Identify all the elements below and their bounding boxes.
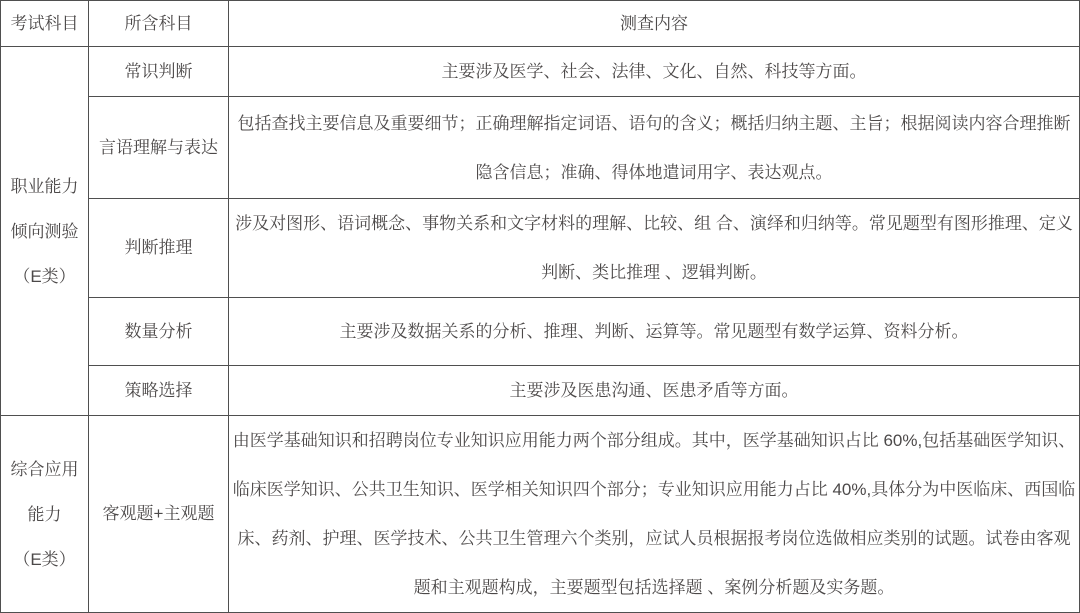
page: 考试科目 所含科目 测查内容 职业能力 倾向测验 （E类） 常识判断 主要涉及医… xyxy=(0,0,1080,606)
table-row: 综合应用 能力 （E类） 客观题+主观题 由医学基础知识和招聘岗位专业知识应用能… xyxy=(1,416,1080,613)
content-verbal-comprehension: 包括查找主要信息及重要细节；正确理解指定词语、语句的含义；概括归纳主题、主旨；根… xyxy=(229,97,1080,199)
sub-subject-common-sense: 常识判断 xyxy=(89,47,229,97)
content-strategy-selection: 主要涉及医患沟通、医患矛盾等方面。 xyxy=(229,366,1080,416)
table-row: 判断推理 涉及对图形、语词概念、事物关系和文字材料的理解、比较、组 合、演绎和归… xyxy=(1,199,1080,298)
header-row: 考试科目 所含科目 测查内容 xyxy=(1,1,1080,47)
exam-subjects-table: 考试科目 所含科目 测查内容 职业能力 倾向测验 （E类） 常识判断 主要涉及医… xyxy=(0,0,1080,613)
header-exam-subject: 考试科目 xyxy=(1,1,89,47)
subject-group-occupational-aptitude: 职业能力 倾向测验 （E类） xyxy=(1,47,89,416)
table-row: 职业能力 倾向测验 （E类） 常识判断 主要涉及医学、社会、法律、文化、自然、科… xyxy=(1,47,1080,97)
table-row: 言语理解与表达 包括查找主要信息及重要细节；正确理解指定词语、语句的含义；概括归… xyxy=(1,97,1080,199)
table-row: 数量分析 主要涉及数据关系的分析、推理、判断、运算等。常见题型有数学运算、资料分… xyxy=(1,298,1080,366)
sub-subject-objective-subjective: 客观题+主观题 xyxy=(89,416,229,613)
content-common-sense: 主要涉及医学、社会、法律、文化、自然、科技等方面。 xyxy=(229,47,1080,97)
header-included-subject: 所含科目 xyxy=(89,1,229,47)
subject-group-comprehensive-application: 综合应用 能力 （E类） xyxy=(1,416,89,613)
table-row: 策略选择 主要涉及医患沟通、医患矛盾等方面。 xyxy=(1,366,1080,416)
sub-subject-judgment-reasoning: 判断推理 xyxy=(89,199,229,298)
content-quantitative-analysis: 主要涉及数据关系的分析、推理、判断、运算等。常见题型有数学运算、资料分析。 xyxy=(229,298,1080,366)
content-comprehensive-application: 由医学基础知识和招聘岗位专业知识应用能力两个部分组成。其中，医学基础知识占比 6… xyxy=(229,416,1080,613)
sub-subject-verbal-comprehension: 言语理解与表达 xyxy=(89,97,229,199)
header-assessed-content: 测查内容 xyxy=(229,1,1080,47)
content-judgment-reasoning: 涉及对图形、语词概念、事物关系和文字材料的理解、比较、组 合、演绎和归纳等。常见… xyxy=(229,199,1080,298)
sub-subject-quantitative-analysis: 数量分析 xyxy=(89,298,229,366)
sub-subject-strategy-selection: 策略选择 xyxy=(89,366,229,416)
